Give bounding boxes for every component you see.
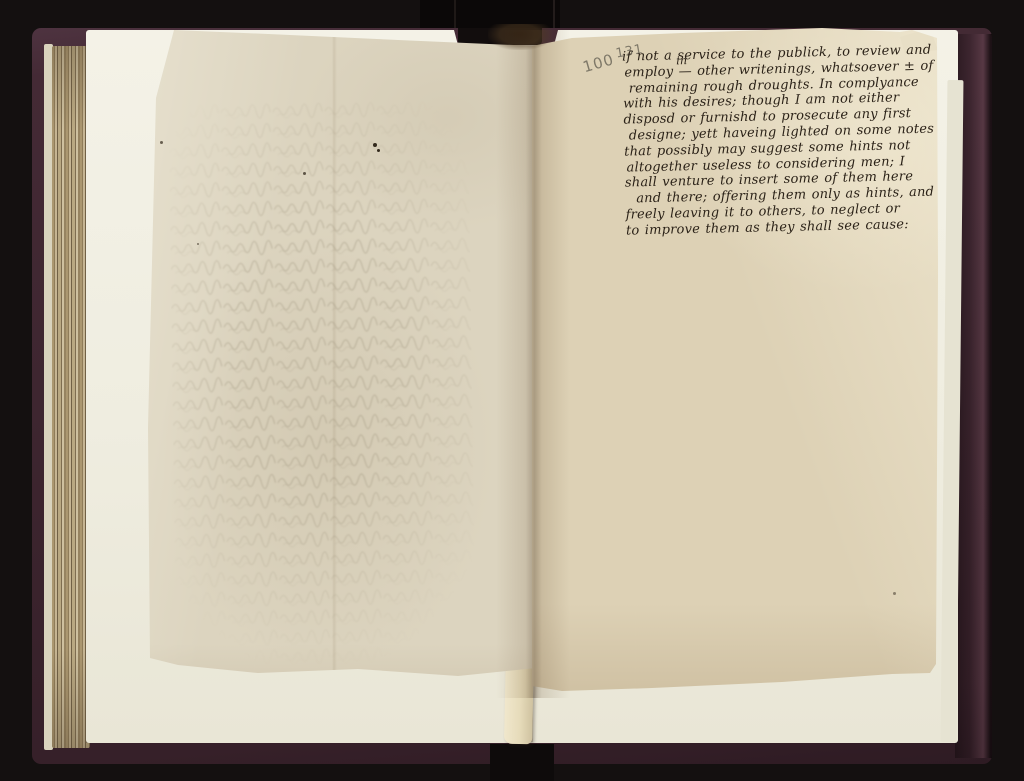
ink-speck	[373, 143, 377, 147]
interlinear-insertion: in	[676, 55, 687, 66]
ink-speck	[197, 243, 199, 245]
fore-edge-page-stack	[52, 46, 90, 748]
top-gutter-stain	[488, 24, 552, 50]
manuscript-text-block: in if not a service to the publick, to r…	[622, 42, 942, 239]
ink-speck	[893, 592, 896, 595]
foliation-old-number: 100	[581, 50, 616, 76]
cradle-band-bottom	[490, 744, 554, 781]
left-page	[148, 28, 536, 712]
ink-speck	[160, 141, 163, 144]
gutter-shadow	[496, 30, 570, 698]
ink-speck	[377, 149, 380, 152]
background-seam	[553, 0, 555, 30]
manuscript-photograph: 100131 in if not a service to the public…	[0, 0, 1024, 781]
background-seam	[454, 0, 456, 30]
show-through-text	[168, 98, 476, 668]
ink-speck	[303, 172, 306, 175]
right-page: 100131 in if not a service to the public…	[532, 24, 942, 698]
